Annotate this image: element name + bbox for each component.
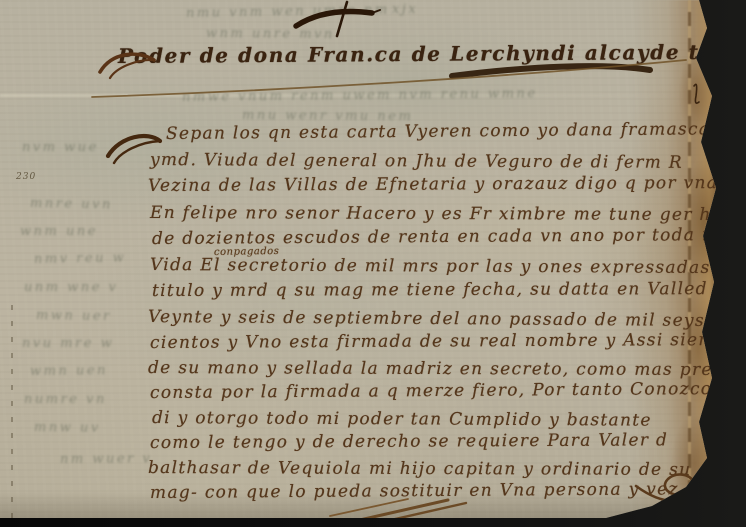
manuscript-scan: { "manuscript": { "folio_number": "230",…: [0, 0, 746, 527]
bleedthrough-mark: nvm wue: [22, 140, 99, 155]
bleedthrough-mark: wnm unre mvn: [206, 26, 335, 42]
bleedthrough-mark: mnre uvn: [30, 196, 113, 212]
bleedthrough-mark: nmv reu w: [34, 250, 126, 267]
bleedthrough-mark: wnm une: [20, 224, 98, 239]
bleedthrough-mark: mnw uv: [34, 420, 101, 436]
manuscript-line: balthasar de Vequiola mi hijo capitan y …: [148, 458, 691, 480]
manuscript-line: Vezina de las Villas de Efnetaria y oraz…: [148, 173, 746, 196]
bleedthrough-mark: xjx: [392, 2, 418, 17]
bleedthrough-mark: numre vn: [24, 392, 107, 407]
bleedthrough-mark: nmu vnm wen umre nm: [186, 2, 390, 21]
vertical-crease: [11, 300, 13, 518]
manuscript-line: di y otorgo todo mi poder tan Cumplido y…: [152, 408, 652, 431]
document-title-line: Poder de dona Fran.ca de Lerchyndi alcay…: [118, 38, 746, 68]
bleedthrough-mark: nmwe vnum renm uwem nvm renu wmne: [182, 86, 538, 105]
manuscript-line: de su mano y sellada la madriz en secret…: [148, 358, 746, 380]
manuscript-line: como le tengo y de derecho se requiere P…: [150, 430, 668, 453]
bleedthrough-mark: nm wuer v: [60, 451, 152, 467]
bleedthrough-mark: unm wne v: [24, 280, 118, 295]
bleedthrough-mark: mwn uer: [36, 308, 112, 324]
manuscript-line: cientos y Vno esta firmada de su real no…: [150, 330, 734, 353]
bleedthrough-mark: nvu mre w: [22, 336, 114, 351]
manuscript-line: Vida El secretorio de mil mrs por las y …: [150, 255, 741, 278]
folio-number: 230: [16, 172, 36, 182]
manuscript-line: mag- con que lo pueda sostituir en Vna p…: [150, 479, 679, 503]
manuscript-line: En felipe nro senor Hacero y es Fr ximbr…: [150, 203, 746, 225]
manuscript-page: nmu vnm wen umre nm xjx wnm unre mvn nmw…: [0, 0, 746, 527]
manuscript-line: Veynte y seis de septiembre del ano pass…: [148, 307, 705, 331]
manuscript-line: ymd. Viuda del general on Jhu de Veguro …: [150, 150, 683, 173]
manuscript-line: titulo y mrd q su mag me tiene fecha, su…: [152, 279, 726, 301]
title-underline-bold: [452, 66, 650, 76]
manuscript-line: de dozientos escudos de renta en cada vn…: [152, 225, 730, 249]
manuscript-line: consta por la firmada a q merze fiero, P…: [150, 379, 731, 403]
bleedthrough-mark: wmn uen: [30, 363, 108, 379]
